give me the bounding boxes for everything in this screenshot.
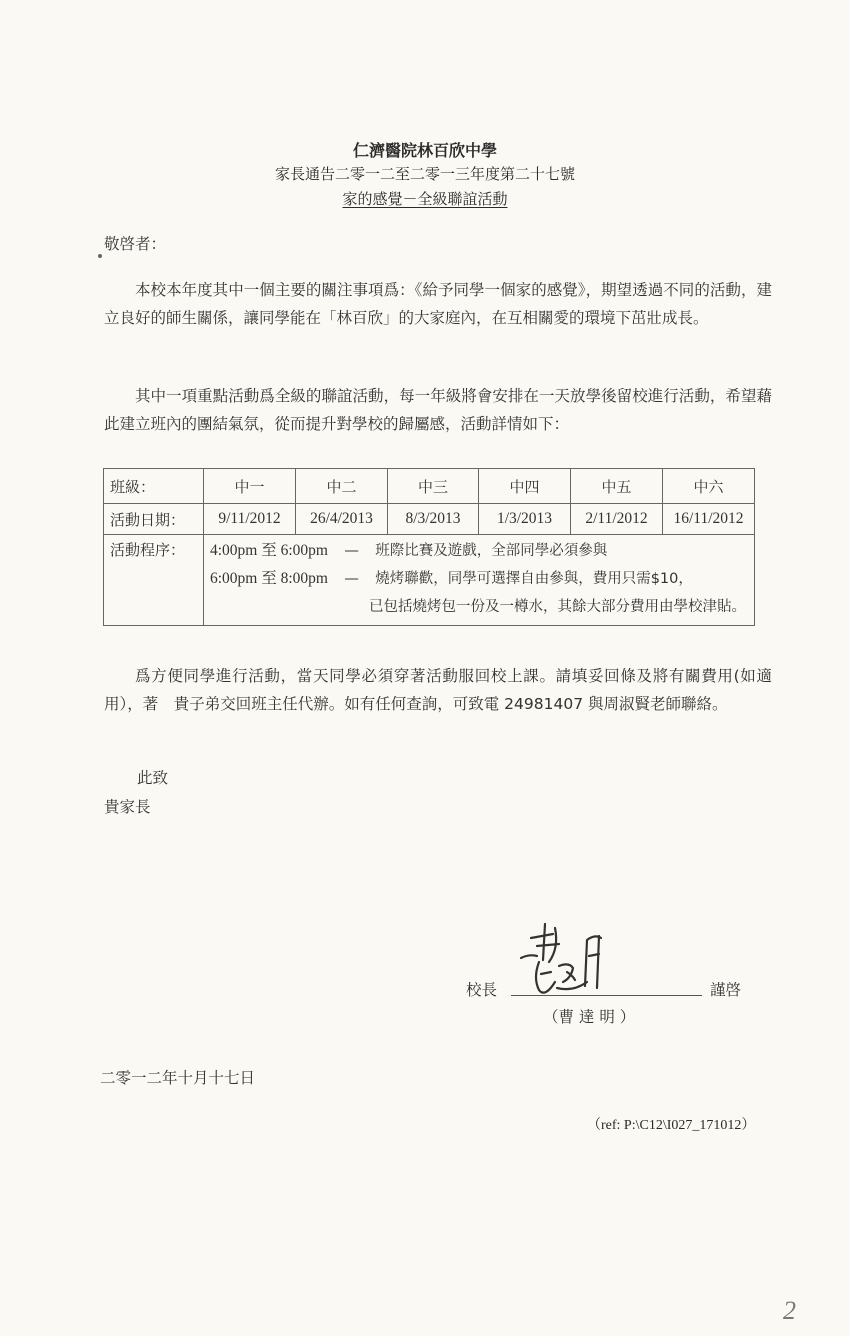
school-name: 仁濟醫院林百欣中學	[0, 138, 850, 161]
program-desc: 燒烤聯歡，同學可選擇自由參與，費用只需$10，	[375, 571, 693, 587]
reference-code: （ref: P:\C12\I027_171012）	[587, 1114, 755, 1134]
class-cell: 中一	[204, 469, 296, 504]
program-desc: 已包括燒烤包一份及一樽水，其餘大部分費用由學校津貼。	[369, 599, 746, 615]
signature-icon	[515, 918, 635, 1000]
scan-speck	[98, 254, 102, 258]
program-line: 6:00pm 至 8:00pm — 燒烤聯歡，同學可選擇自由參與，費用只需$10…	[210, 565, 748, 593]
class-cell: 中二	[296, 469, 388, 504]
class-cell: 中四	[479, 469, 571, 504]
class-cell: 中六	[663, 469, 755, 504]
program-time: 6:00pm 至 8:00pm	[210, 570, 328, 587]
program-line: 4:00pm 至 6:00pm — 班際比賽及遊戲，全部同學必須參與	[210, 537, 748, 565]
date-cell: 26/4/2013	[296, 504, 388, 535]
class-row-label: 班級：	[104, 469, 204, 504]
date-cell: 1/3/2013	[479, 504, 571, 535]
page-mark: 2	[783, 1296, 796, 1326]
date-cell: 2/11/2012	[571, 504, 663, 535]
date-cell: 16/11/2012	[663, 504, 755, 535]
signature-line	[511, 995, 702, 996]
program-row-label: 活動程序：	[104, 535, 204, 626]
salutation: 敬啓者：	[104, 232, 166, 254]
program-time: 4:00pm 至 6:00pm	[210, 542, 328, 559]
class-cell: 中五	[571, 469, 663, 504]
schedule-table: 班級： 中一 中二 中三 中四 中五 中六 活動日期： 9/11/2012 26…	[103, 468, 755, 626]
class-row: 班級： 中一 中二 中三 中四 中五 中六	[104, 469, 755, 504]
notice-topic-text: 家的感覺－全級聯誼活動	[342, 190, 507, 208]
paragraph-activity: 其中一項重點活動爲全級的聯誼活動，每一年級將會安排在一天放學後留校進行活動，希望…	[104, 382, 772, 438]
signature-title: 校長	[466, 978, 497, 1000]
date-cell: 8/3/2013	[388, 504, 479, 535]
notice-topic: 家的感覺－全級聯誼活動	[0, 188, 850, 209]
notice-number: 家長通告二零一二至二零一三年度第二十七號	[0, 163, 850, 184]
class-cell: 中三	[388, 469, 479, 504]
program-dash: —	[333, 537, 371, 565]
program-row: 活動程序： 4:00pm 至 6:00pm — 班際比賽及遊戲，全部同學必須參與…	[104, 535, 755, 626]
signature-suffix: 謹啓	[710, 978, 741, 1000]
date-row-label: 活動日期：	[104, 504, 204, 535]
date-row: 活動日期： 9/11/2012 26/4/2013 8/3/2013 1/3/2…	[104, 504, 755, 535]
closing-line-2: 貴家長	[104, 795, 151, 817]
date-cell: 9/11/2012	[204, 504, 296, 535]
principal-name: （曹 達 明 ）	[543, 1005, 635, 1027]
paragraph-arrangements: 爲方便同學進行活動，當天同學必須穿著活動服回校上課。請填妥回條及將有關費用(如適…	[104, 662, 772, 718]
closing-line-1: 此致	[137, 766, 168, 788]
program-desc: 班際比賽及遊戲，全部同學必須參與	[375, 543, 607, 559]
paragraph-intro: 本校本年度其中一個主要的關注事項爲：《給予同學一個家的感覺》，期望透過不同的活動…	[104, 276, 772, 332]
program-dash: —	[333, 565, 371, 593]
issue-date: 二零一二年十月十七日	[100, 1066, 255, 1088]
program-line: 已包括燒烤包一份及一樽水，其餘大部分費用由學校津貼。	[210, 593, 748, 621]
program-cell: 4:00pm 至 6:00pm — 班際比賽及遊戲，全部同學必須參與 6:00p…	[204, 535, 755, 626]
